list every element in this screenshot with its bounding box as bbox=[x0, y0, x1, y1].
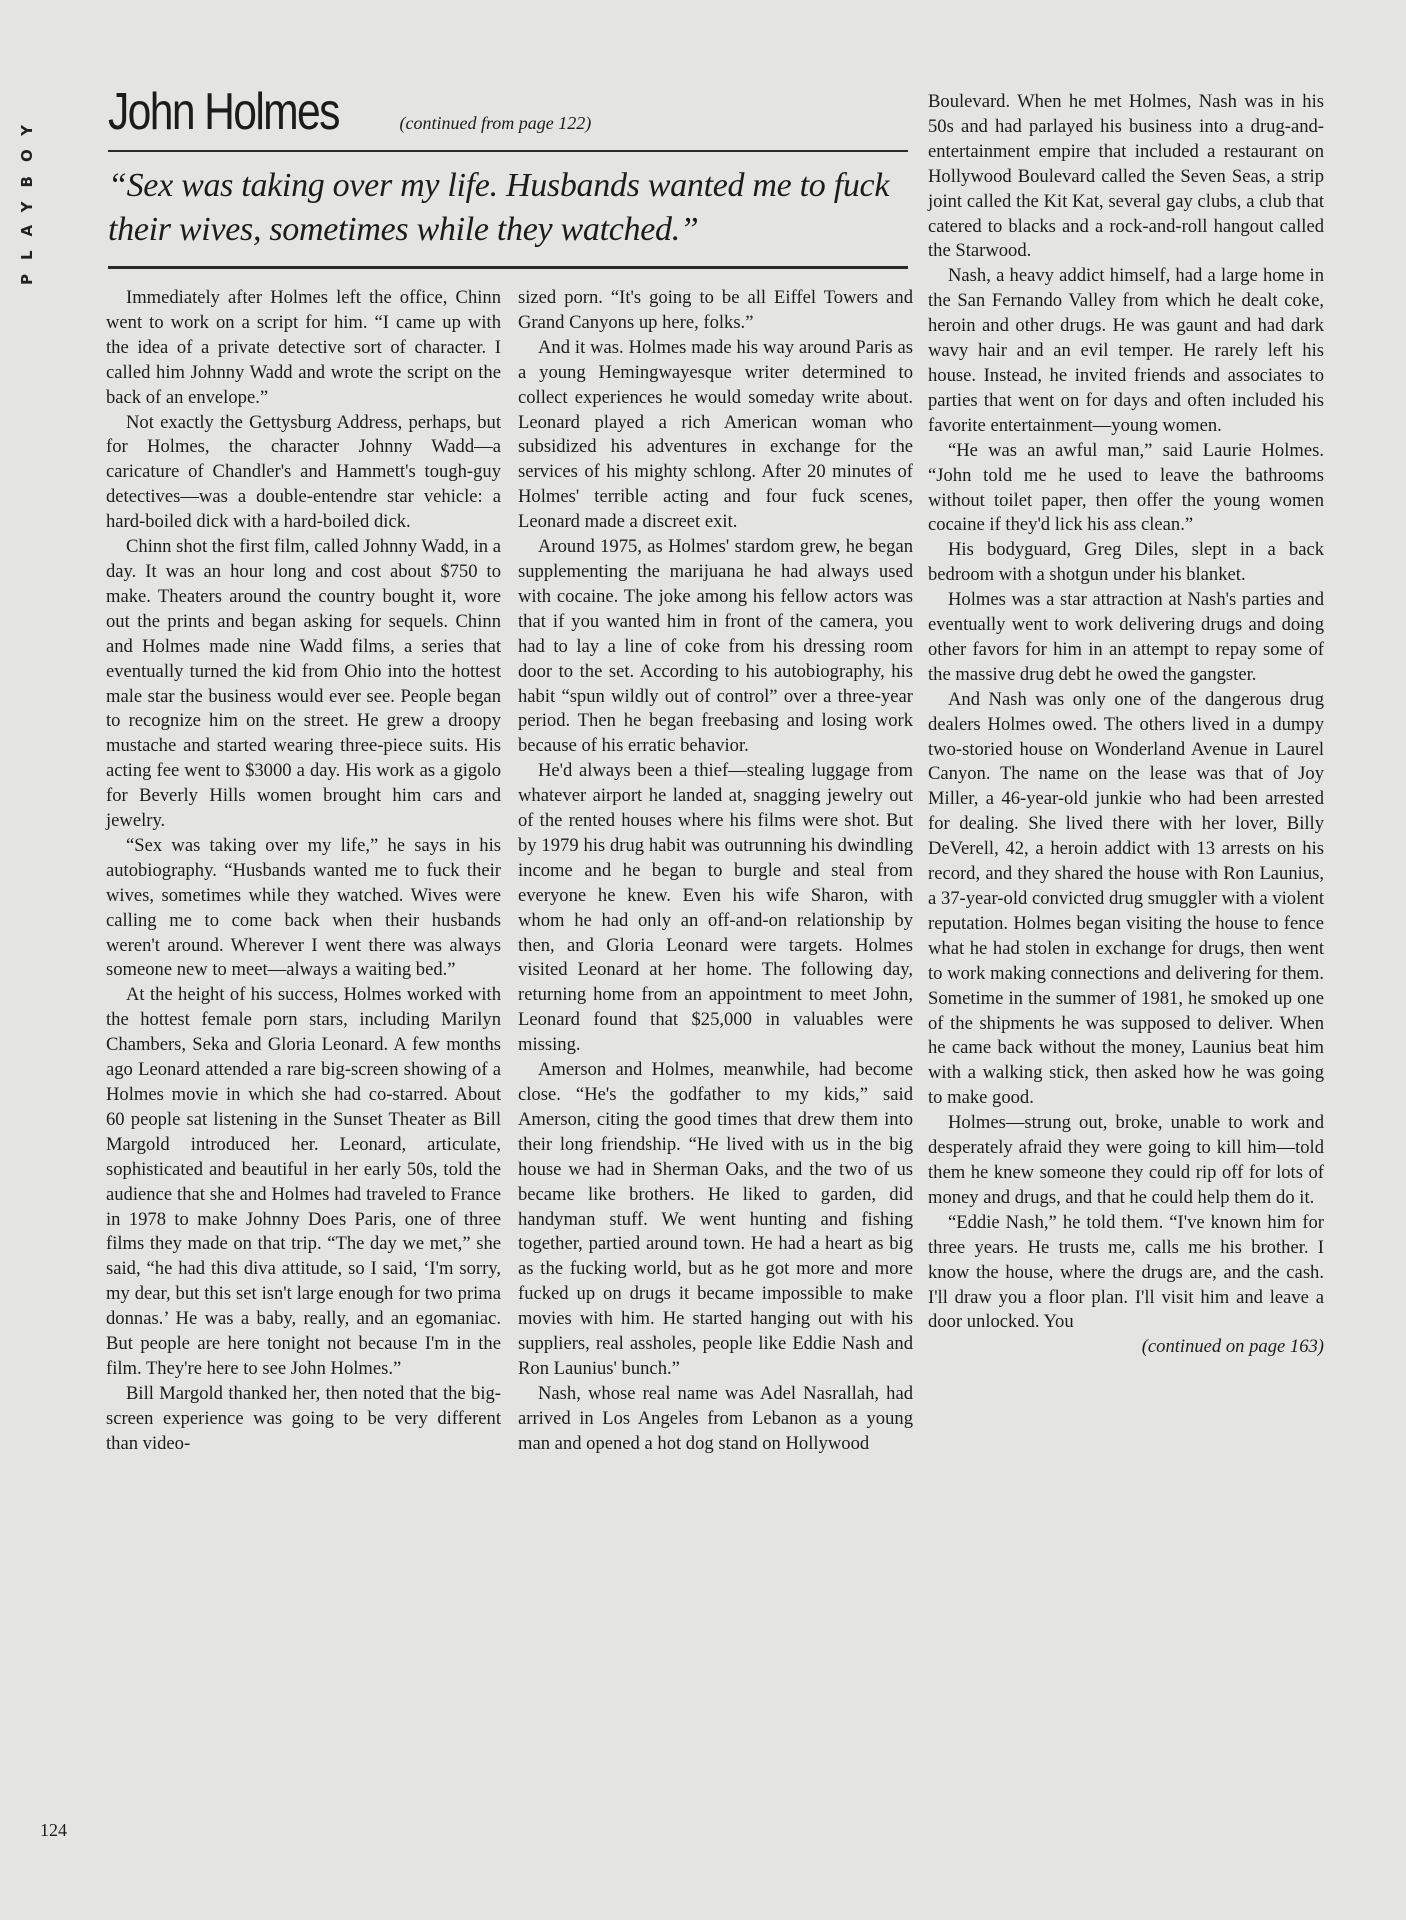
paragraph: Nash, whose real name was Adel Nasrallah… bbox=[518, 1382, 913, 1457]
paragraph: He'd always been a thief—stealing luggag… bbox=[518, 759, 913, 1058]
text-column-2: sized porn. “It's going to be all Eiffel… bbox=[518, 286, 913, 1457]
paragraph: Chinn shot the first film, called Johnny… bbox=[106, 535, 501, 834]
paragraph: Around 1975, as Holmes' stardom grew, he… bbox=[518, 535, 913, 759]
paragraph: His bodyguard, Greg Diles, slept in a ba… bbox=[928, 538, 1324, 588]
continued-on-note: (continued on page 163) bbox=[928, 1335, 1324, 1360]
title-row: John Holmes (continued from page 122) bbox=[108, 82, 908, 152]
pull-quote: “Sex was taking over my life. Husbands w… bbox=[108, 152, 908, 269]
magazine-name: PLAYBOY bbox=[18, 111, 36, 285]
continued-from-note: (continued from page 122) bbox=[399, 113, 591, 134]
paragraph: sized porn. “It's going to be all Eiffel… bbox=[518, 286, 913, 336]
paragraph: And it was. Holmes made his way around P… bbox=[518, 336, 913, 535]
paragraph: Boulevard. When he met Holmes, Nash was … bbox=[928, 90, 1324, 264]
paragraph: At the height of his success, Holmes wor… bbox=[106, 983, 501, 1382]
paragraph: Not exactly the Gettysburg Address, perh… bbox=[106, 411, 501, 536]
text-column-3: Boulevard. When he met Holmes, Nash was … bbox=[928, 90, 1324, 1360]
article-header: John Holmes (continued from page 122) “S… bbox=[108, 82, 908, 269]
paragraph: And Nash was only one of the dangerous d… bbox=[928, 688, 1324, 1111]
paragraph: Holmes—strung out, broke, unable to work… bbox=[928, 1111, 1324, 1211]
paragraph: Amerson and Holmes, meanwhile, had becom… bbox=[518, 1058, 913, 1382]
paragraph: “He was an awful man,” said Laurie Holme… bbox=[928, 439, 1324, 539]
paragraph: Immediately after Holmes left the office… bbox=[106, 286, 501, 411]
paragraph: Nash, a heavy addict himself, had a larg… bbox=[928, 264, 1324, 438]
text-column-1: Immediately after Holmes left the office… bbox=[106, 286, 501, 1457]
magazine-sidebar-label: PLAYBOY bbox=[14, 98, 40, 298]
paragraph: “Eddie Nash,” he told them. “I've known … bbox=[928, 1211, 1324, 1336]
paragraph: Bill Margold thanked her, then noted tha… bbox=[106, 1382, 501, 1457]
page-number: 124 bbox=[40, 1820, 67, 1841]
paragraph: “Sex was taking over my life,” he says i… bbox=[106, 834, 501, 983]
paragraph: Holmes was a star attraction at Nash's p… bbox=[928, 588, 1324, 688]
article-title: John Holmes bbox=[108, 82, 339, 142]
